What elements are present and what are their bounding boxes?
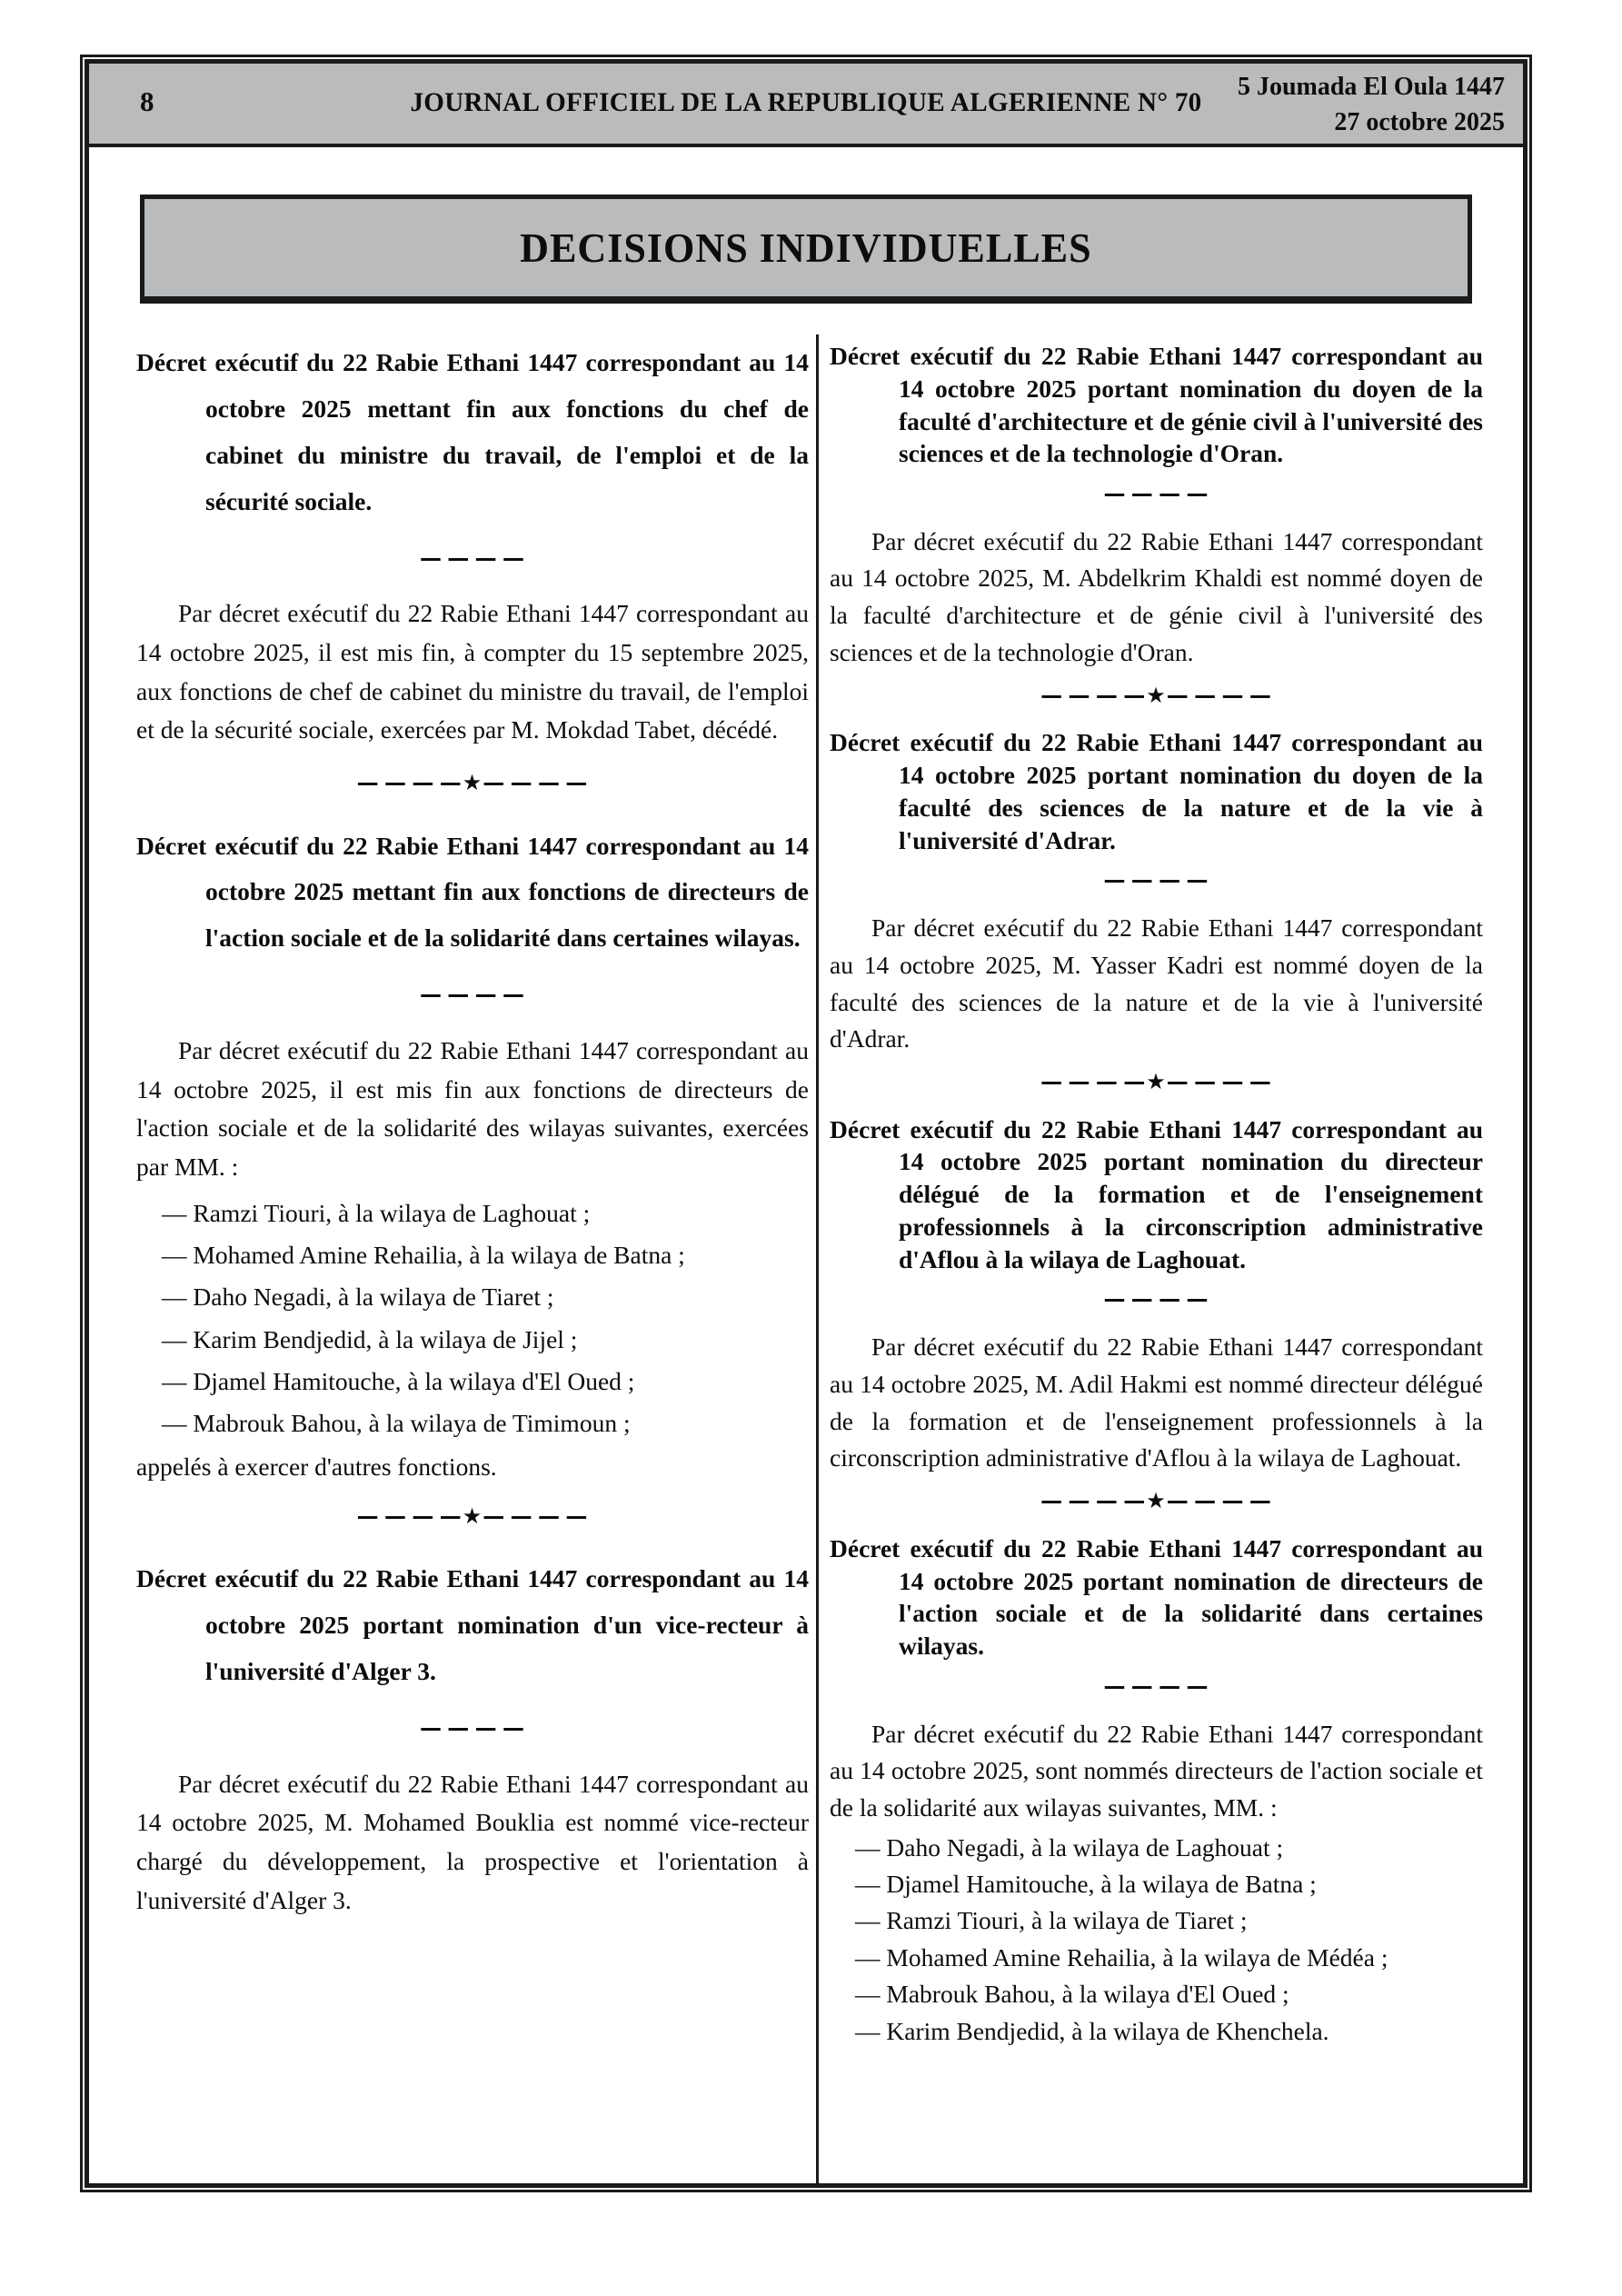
list-item: — Ramzi Tiouri, à la wilaya de Tiaret ; <box>830 1905 1483 1936</box>
journal-title: JOURNAL OFFICIEL DE LA REPUBLIQUE ALGERI… <box>410 87 1201 118</box>
decree-heading: Décret exécutif du 22 Rabie Ethani 1447 … <box>830 726 1483 856</box>
list-item: — Karim Bendjedid, à la wilaya de Jijel … <box>136 1324 809 1355</box>
decree-heading: Décret exécutif du 22 Rabie Ethani 1447 … <box>830 1113 1483 1276</box>
divider-plain: — — — — <box>830 481 1483 507</box>
decree-heading: Décret exécutif du 22 Rabie Ethani 1447 … <box>136 340 809 525</box>
page-header: 8 JOURNAL OFFICIEL DE LA REPUBLIQUE ALGE… <box>89 64 1523 147</box>
divider-star: — — — —★— — — — <box>830 683 1483 709</box>
list-item: — Karim Bendjedid, à la wilaya de Khench… <box>830 2016 1483 2047</box>
decree-paragraph: Par décret exécutif du 22 Rabie Ethani 1… <box>136 1032 809 1187</box>
page-frame: 8 JOURNAL OFFICIEL DE LA REPUBLIQUE ALGE… <box>80 55 1532 2192</box>
divider-star: — — — —★— — — — <box>136 1503 809 1530</box>
decree-paragraph: Par décret exécutif du 22 Rabie Ethani 1… <box>830 1716 1483 1827</box>
issue-dates: 5 Joumada El Oula 1447 27 octobre 2025 <box>1238 69 1505 140</box>
list-item: — Daho Negadi, à la wilaya de Tiaret ; <box>136 1282 809 1313</box>
list-item: — Mohamed Amine Rehailia, à la wilaya de… <box>830 1942 1483 1973</box>
list-item: — Mohamed Amine Rehailia, à la wilaya de… <box>136 1240 809 1271</box>
decree-paragraph: Par décret exécutif du 22 Rabie Ethani 1… <box>830 910 1483 1058</box>
divider-plain: — — — — <box>136 1715 809 1742</box>
divider-plain: — — — — <box>136 545 809 572</box>
two-column-layout: Décret exécutif du 22 Rabie Ethani 1447 … <box>89 334 1523 2183</box>
divider-plain: — — — — <box>136 982 809 1008</box>
date-hijri: 5 Joumada El Oula 1447 <box>1238 69 1505 105</box>
decree-heading: Décret exécutif du 22 Rabie Ethani 1447 … <box>830 1532 1483 1662</box>
divider-star: — — — —★— — — — <box>136 770 809 796</box>
page-frame-inner: 8 JOURNAL OFFICIEL DE LA REPUBLIQUE ALGE… <box>85 59 1527 2188</box>
page-number: 8 <box>140 85 154 118</box>
list-item: — Djamel Hamitouche, à la wilaya d'El Ou… <box>136 1366 809 1397</box>
column-left: Décret exécutif du 22 Rabie Ethani 1447 … <box>136 334 809 2183</box>
divider-star: — — — —★— — — — <box>830 1069 1483 1095</box>
divider-plain: — — — — <box>830 867 1483 893</box>
list-item: — Daho Negadi, à la wilaya de Laghouat ; <box>830 1832 1483 1863</box>
decree-heading: Décret exécutif du 22 Rabie Ethani 1447 … <box>136 1556 809 1695</box>
decree-heading: Décret exécutif du 22 Rabie Ethani 1447 … <box>830 340 1483 470</box>
divider-plain: — — — — <box>830 1286 1483 1313</box>
decree-closing-line: appelés à exercer d'autres fonctions. <box>136 1451 809 1483</box>
list-item: — Ramzi Tiouri, à la wilaya de Laghouat … <box>136 1198 809 1229</box>
decree-paragraph: Par décret exécutif du 22 Rabie Ethani 1… <box>830 1329 1483 1477</box>
column-divider <box>816 334 819 2183</box>
divider-plain: — — — — <box>830 1673 1483 1700</box>
list-item: — Mabrouk Bahou, à la wilaya de Timimoun… <box>136 1408 809 1439</box>
decree-paragraph: Par décret exécutif du 22 Rabie Ethani 1… <box>136 1765 809 1921</box>
list-item: — Mabrouk Bahou, à la wilaya d'El Oued ; <box>830 1979 1483 2010</box>
date-gregorian: 27 octobre 2025 <box>1238 105 1505 140</box>
section-banner-title: DECISIONS INDIVIDUELLES <box>520 224 1091 272</box>
column-right: Décret exécutif du 22 Rabie Ethani 1447 … <box>830 334 1483 2183</box>
decree-paragraph: Par décret exécutif du 22 Rabie Ethani 1… <box>830 524 1483 672</box>
list-item: — Djamel Hamitouche, à la wilaya de Batn… <box>830 1869 1483 1900</box>
section-banner: DECISIONS INDIVIDUELLES <box>140 195 1472 304</box>
decree-heading: Décret exécutif du 22 Rabie Ethani 1447 … <box>136 824 809 963</box>
decree-paragraph: Par décret exécutif du 22 Rabie Ethani 1… <box>136 594 809 750</box>
divider-star: — — — —★— — — — <box>830 1488 1483 1514</box>
